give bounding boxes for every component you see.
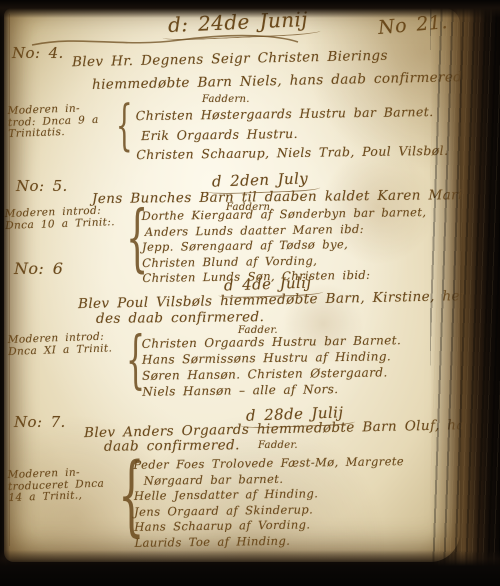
bracket-glyph: { — [116, 99, 133, 153]
margin-note: Moderen in- trod: Dnca 9 a Trinitatis. — [7, 102, 120, 140]
margin-note: Moderen introd: Dnca XI a Trinit. — [8, 331, 121, 358]
scan-edge-left — [0, 0, 10, 586]
entry-number: No: 6 — [14, 259, 63, 278]
margin-note: Moderen in- troduceret Dnca 14 a Trinit.… — [7, 466, 120, 504]
margin-note: Moderen introd: Dnca 10 a Trinit:. — [5, 205, 118, 232]
entry-number: No: 7. — [14, 413, 66, 431]
scan-edge-top — [0, 0, 500, 18]
scan-edge-bottom — [0, 550, 500, 586]
book-binding-edge — [430, 0, 500, 586]
godparents-list: Christen Høstergaards Hustru bar Barnet.… — [136, 102, 449, 165]
godparents-label: Fadder. — [258, 440, 298, 451]
godparents-label: Faddern. — [202, 94, 250, 105]
godparents-list: Peder Foes Trolovede Fæst-Mø, Margrete N… — [133, 454, 405, 551]
entry-number: No: 5. — [16, 177, 68, 195]
godparents-list: Christen Orgaards Hustru bar Barnet. Han… — [142, 332, 402, 400]
entry-number: No: 4. — [12, 44, 64, 62]
parish-register-scan: d: 24de Junij No 21. No: 4. Blev Hr. Deg… — [0, 0, 500, 586]
